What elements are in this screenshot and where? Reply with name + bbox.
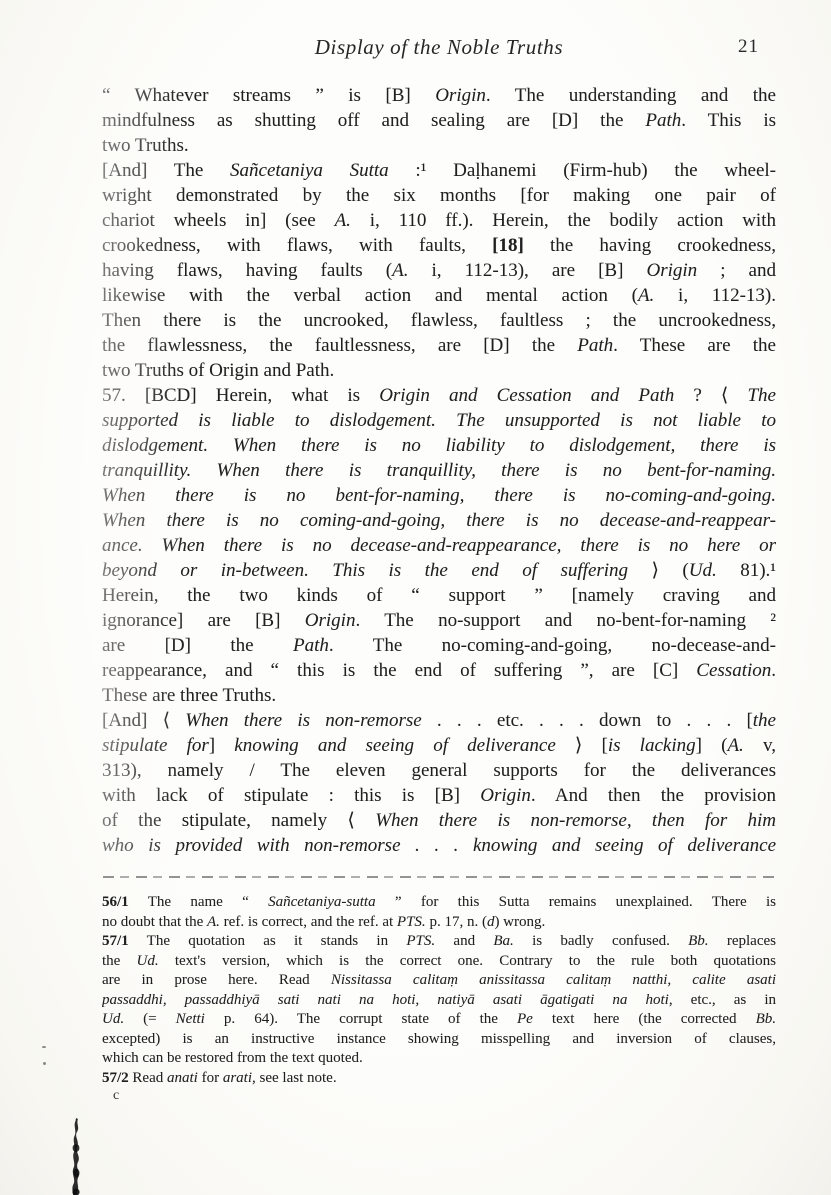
text-line: 56/1 The name “ Sañcetaniya-sutta ” for … (102, 893, 776, 913)
text-line: wright demonstrated by the six months [f… (102, 183, 776, 208)
text-line: ignorance] are [B] Origin. The no-suppor… (102, 608, 776, 633)
text-line: the Ud. text's version, which is the cor… (102, 952, 776, 972)
text-line: reappearance, and “ this is the end of s… (102, 658, 776, 683)
text-line: Then there is the uncrooked, flawless, f… (102, 308, 776, 333)
text-line: ance. When there is no decease-and-reapp… (102, 533, 776, 558)
footnote-divider (103, 876, 775, 878)
text-line: the flawlessness, the faultlessness, are… (102, 333, 776, 358)
ink-speck (43, 1062, 46, 1065)
ink-speck (42, 1046, 46, 1048)
text-line: 57/2 Read anati for arati, see last note… (102, 1069, 776, 1089)
text-line: which can be restored from the text quot… (102, 1049, 776, 1069)
signature-mark: c (113, 1088, 119, 1104)
text-line: dislodgement. When there is no liability… (102, 433, 776, 458)
text-line: 313), namely / The eleven general suppor… (102, 758, 776, 783)
text-line: who is provided with non-remorse . . . k… (102, 833, 776, 858)
text-line: These are three Truths. (102, 683, 776, 708)
scanned-book-page: Display of the Noble Truths 21 “ Whateve… (0, 0, 831, 1195)
page-number: 21 (738, 36, 759, 58)
text-line: When there is no bent-for-naming, there … (102, 483, 776, 508)
footnotes: 56/1 The name “ Sañcetaniya-sutta ” for … (102, 893, 776, 1088)
text-line: tranquillity. When there is tranquillity… (102, 458, 776, 483)
text-line: are in prose here. Read Nissitassa calit… (102, 971, 776, 991)
text-line: two Truths of Origin and Path. (102, 358, 776, 383)
text-line: two Truths. (102, 133, 776, 158)
text-line: likewise with the verbal action and ment… (102, 283, 776, 308)
ink-smudge (68, 1118, 86, 1195)
running-title: Display of the Noble Truths (102, 35, 776, 60)
text-line: having flaws, having faults (A. i, 112-1… (102, 258, 776, 283)
text-line: excepted) is an instructive instance sho… (102, 1030, 776, 1050)
text-line: with lack of stipulate : this is [B] Ori… (102, 783, 776, 808)
text-line: passaddhi, passaddhiyā sati nati na hoti… (102, 991, 776, 1011)
text-line: no doubt that the A. ref. is correct, an… (102, 913, 776, 933)
text-line: stipulate for] knowing and seeing of del… (102, 733, 776, 758)
text-line: of the stipulate, namely ⟨ When there is… (102, 808, 776, 833)
text-line: [And] ⟨ When there is non-remorse . . . … (102, 708, 776, 733)
text-line: When there is no coming-and-going, there… (102, 508, 776, 533)
text-line: supported is liable to dislodgement. The… (102, 408, 776, 433)
text-line: crookedness, with flaws, with faults, [1… (102, 233, 776, 258)
text-line: 57. [BCD] Herein, what is Origin and Ces… (102, 383, 776, 408)
text-line: mindfulness as shutting off and sealing … (102, 108, 776, 133)
text-line: 57/1 The quotation as it stands in PTS. … (102, 932, 776, 952)
text-line: [And] The Sañcetaniya Sutta :¹ Daḷhanemi… (102, 158, 776, 183)
text-line: “ Whatever streams ” is [B] Origin. The … (102, 83, 776, 108)
text-line: chariot wheels in] (see A. i, 110 ff.). … (102, 208, 776, 233)
body-text: “ Whatever streams ” is [B] Origin. The … (102, 83, 776, 858)
text-line: Ud. (= Netti p. 64). The corrupt state o… (102, 1010, 776, 1030)
text-line: Herein, the two kinds of “ support ” [na… (102, 583, 776, 608)
text-line: are [D] the Path. The no-coming-and-goin… (102, 633, 776, 658)
text-line: beyond or in-between. This is the end of… (102, 558, 776, 583)
